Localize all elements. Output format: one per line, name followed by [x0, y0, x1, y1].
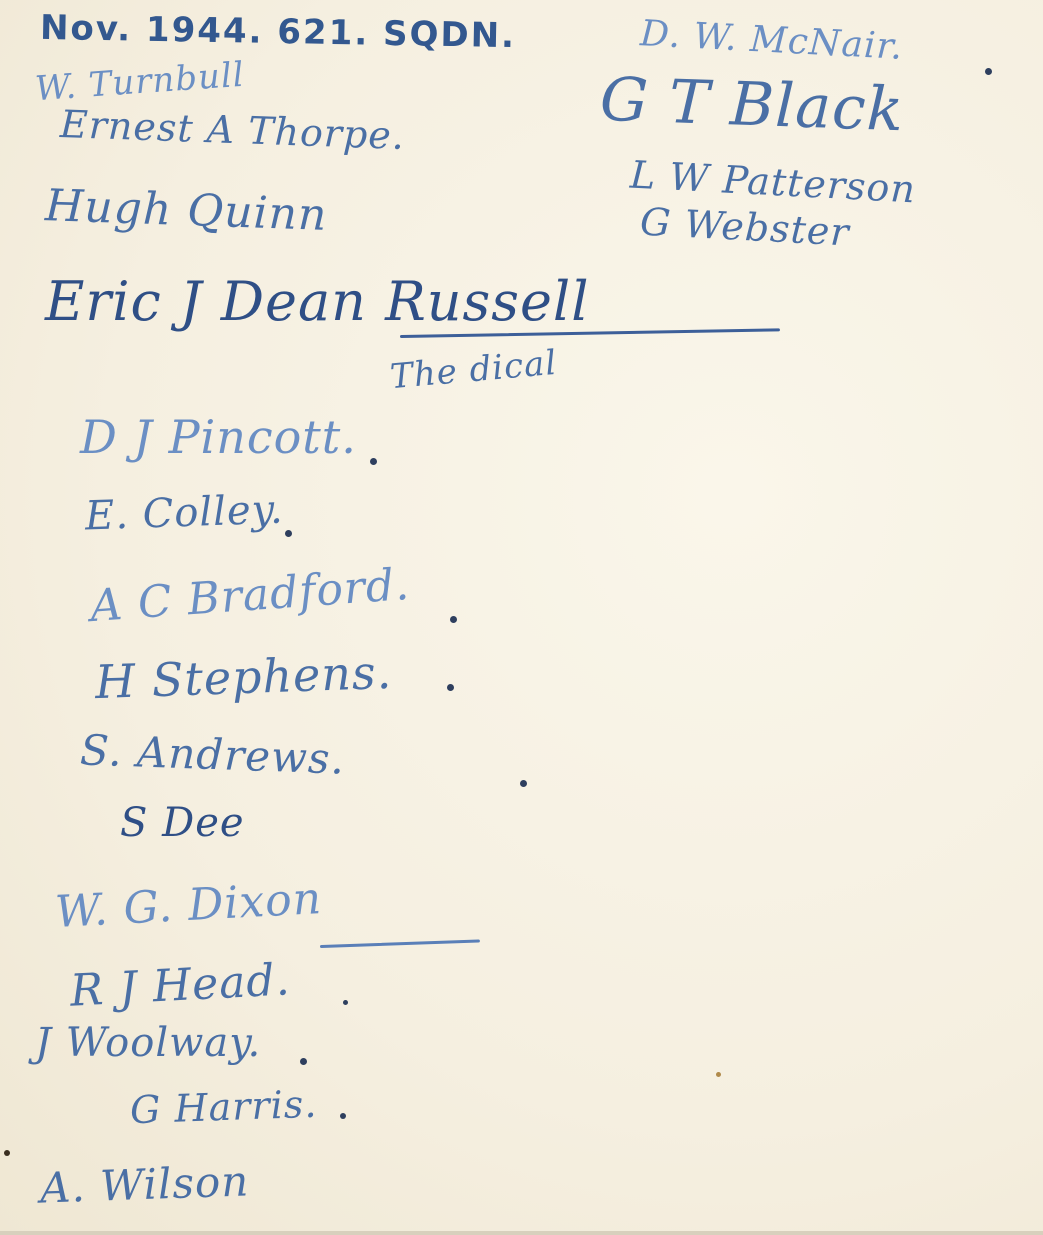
ink-dot: [447, 684, 454, 691]
signature-harris: G Harris.: [129, 1082, 318, 1133]
signature-dean-russell: Eric J Dean Russell: [45, 270, 589, 333]
signature-dee: S Dee: [120, 800, 245, 846]
signature-stephens: H Stephens.: [94, 645, 393, 709]
signature-colley: E. Colley.: [84, 487, 284, 540]
paper-stain: [716, 1072, 721, 1077]
ink-dot: [343, 1000, 348, 1005]
ink-dot: [450, 616, 457, 623]
ink-dot: [370, 458, 377, 465]
signature-pincott: D J Pincott.: [80, 410, 357, 464]
ink-dot: [285, 530, 292, 537]
signature-andrews: S. Andrews.: [79, 725, 346, 783]
signature-quinn: Hugh Quinn: [44, 180, 328, 241]
signature-wilson: A. Wilson: [39, 1156, 250, 1212]
signature-woolway: J Woolway.: [35, 1020, 261, 1066]
ink-dot: [4, 1150, 10, 1156]
header-date-squadron: Nov. 1944. 621. SQDN.: [40, 8, 517, 56]
paper-edge: [0, 1231, 1043, 1235]
ink-dot: [300, 1058, 307, 1065]
ink-dot: [520, 780, 527, 787]
signature-black: G T Black: [599, 65, 905, 146]
ink-dot: [985, 68, 992, 75]
ink-dot: [340, 1113, 346, 1119]
